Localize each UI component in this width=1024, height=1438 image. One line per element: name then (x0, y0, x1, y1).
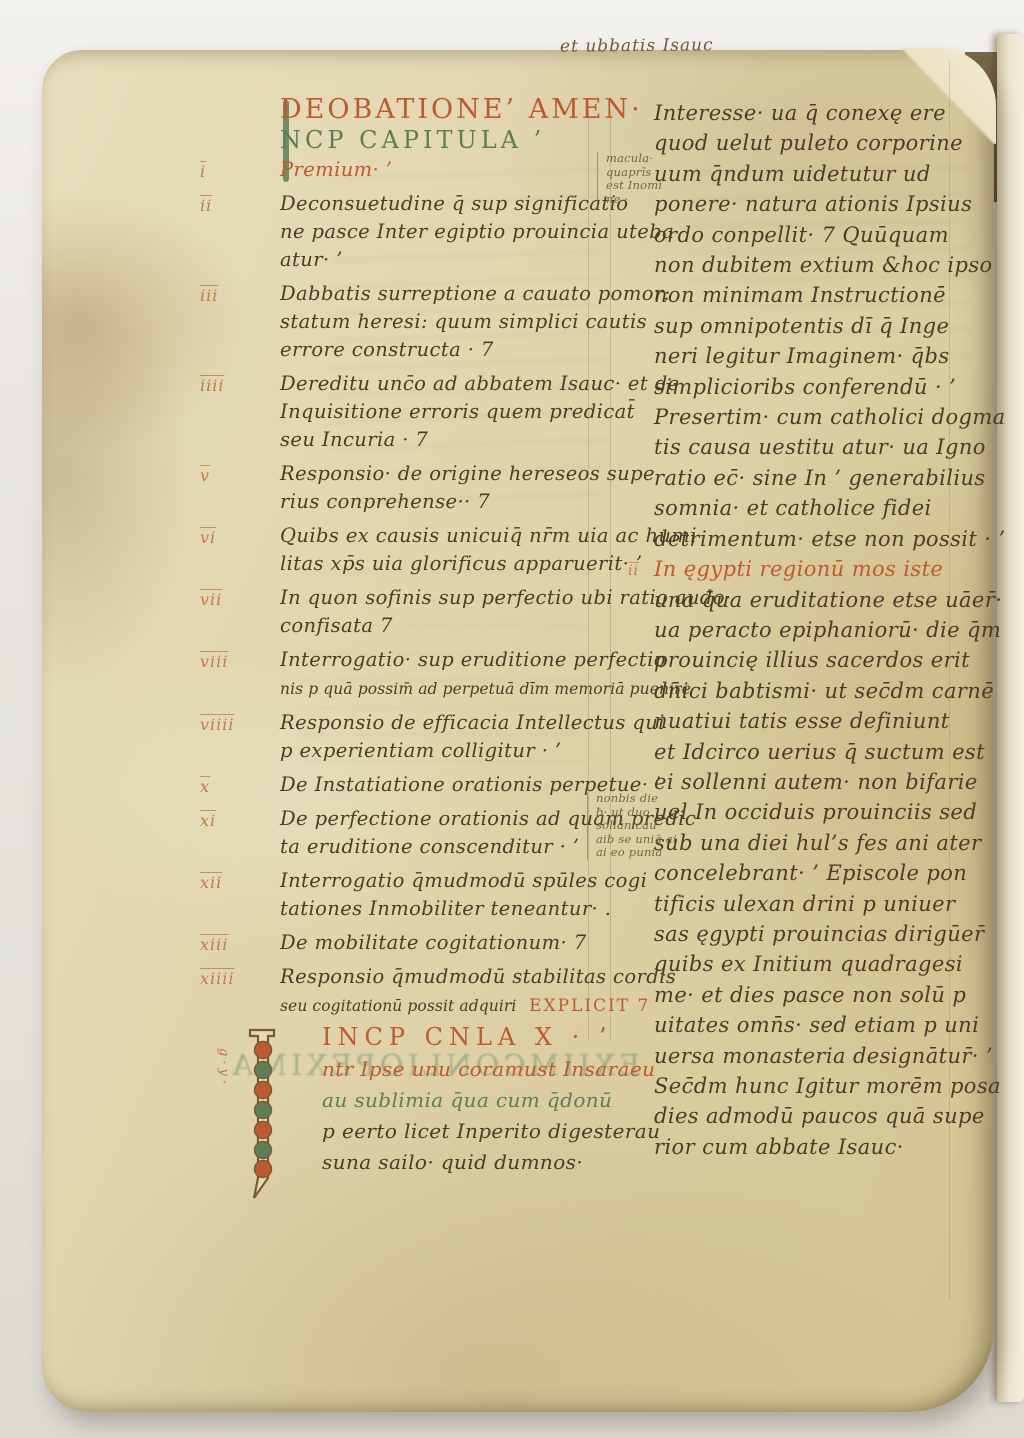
text-line: non dubitem extium &hoc ipso (654, 250, 1006, 280)
margin-gloss-upper: macula·quaprīsest Inomine · (606, 152, 676, 206)
gloss-line: est Inomi (606, 179, 676, 193)
line-text: detrimentum· etse non possit · ’ (654, 524, 1006, 554)
chapter-numeral: ii (200, 192, 272, 220)
line-text: sas ęgypti prouincias dirigūer̄ (654, 919, 984, 949)
line-text: simplicioribs conferendū · ’ (654, 372, 956, 402)
line-text: quibs ex Initium quadragesi (654, 949, 963, 979)
text-line: prouincię illius sacerdos erit (654, 645, 1006, 675)
line-text: Deconsuetudine q̄ sup significatio (280, 190, 628, 218)
line-text: et Idcirco uerius q̄ suctum est (654, 737, 985, 767)
text-line: rior cum abbate Isauc· (654, 1132, 1006, 1162)
text-line: ntr Ipse unu coramust Insaraeu (322, 1054, 652, 1085)
line-text: Quibs ex causis unicuiq̄ nr̄m uia ac hum… (280, 522, 697, 550)
text-line: errore constructa · 7 (280, 336, 626, 364)
chapter-numeral: xii (200, 869, 272, 897)
line-text: non minimam Instructionē (654, 280, 946, 310)
text-line: ordo conpellit· 7 Quūquam (654, 220, 1006, 250)
text-line: vii In quon sofinis sup perfectio ubi ra… (280, 584, 626, 612)
text-line: uersa monasteria designātur̄· ’ (654, 1041, 1006, 1071)
line-text: De mobilitate cogitationum· 7 (280, 929, 587, 957)
gloss-line: macula· (606, 152, 676, 166)
text-line: seu cogitationū possit adquiri EXPLICIT … (280, 991, 626, 1020)
gloss-line: ai eo punia (596, 846, 674, 860)
gloss-bracket (597, 152, 602, 206)
line-text: neri legitur Imaginem· q̄bs (654, 341, 950, 371)
text-line: quibs ex Initium quadragesi (654, 949, 1006, 979)
chapter-numeral: xiiii (200, 965, 272, 993)
text-line: detrimentum· etse non possit · ’ (654, 524, 1006, 554)
line-text: nuatiui tatis esse definiunt (654, 706, 950, 736)
line-text: quod uelut puleto corporine (654, 128, 963, 158)
text-line: sas ęgypti prouincias dirigūer̄ (654, 919, 1006, 949)
line-text: NCP CAPITULA ’ (280, 126, 545, 154)
chapter-numeral: viii (200, 648, 272, 676)
text-line: DEOBATIONE’ AMEN· (280, 96, 626, 126)
text-line: confisata 7 (280, 612, 626, 640)
text-line: nuatiui tatis esse definiunt (654, 706, 1006, 736)
text-line: vi Quibs ex causis unicuiq̄ nr̄m uia ac … (280, 522, 626, 550)
line-text: In ęgypti regionū mos iste (654, 554, 943, 584)
margin-pen-mark: g·y· (216, 1048, 231, 1088)
text-line: ua peracto epiphaniorū· die q̄m (654, 615, 1006, 645)
line-text: ratio ec̄· sine In ’ generabilius (654, 463, 986, 493)
text-line: Interesse· ua q̄ conexę ere (654, 98, 1006, 128)
line-text: Interrogatio q̄mudmodū spūles cogi (280, 867, 647, 895)
line-text: rius conprehense·· 7 (280, 488, 490, 516)
gloss-bracket (587, 792, 592, 860)
text-line: xi De perfectione orationis ad quam pred… (280, 805, 626, 833)
right-column-text: Interesse· ua q̄ conexę ere quod uelut p… (654, 98, 1006, 1162)
line-text: Inquisitione erroris quem predicat̄ (280, 398, 635, 426)
text-line: uum q̄ndum uidetutur ud (654, 159, 1006, 189)
text-line: tationes Inmobiliter teneantur· . (280, 895, 626, 923)
text-line: neri legitur Imaginem· q̄bs (654, 341, 1006, 371)
line-text: tis causa uestitu atur· ua Igno (654, 432, 986, 462)
text-line: xiii De mobilitate cogitationum· 7 (280, 929, 626, 957)
line-text: somnia· et catholice fidei (654, 493, 932, 523)
chapter-numeral: viiii (200, 711, 272, 739)
line-text: sup omnipotentis dī q̄ Inge (654, 311, 949, 341)
line-text: DEOBATIONE’ AMEN· (280, 96, 643, 124)
line-text: ponere· natura ationis Ipsius (654, 189, 972, 219)
line-text: Dabbatis surreptione a cauato pomor: (280, 280, 671, 308)
text-line: Inquisitione erroris quem predicat̄ (280, 398, 626, 426)
chapter-numeral: iii (200, 282, 272, 310)
line-text: suna sailo· quid dumnos· (322, 1147, 583, 1178)
text-line: atur· ’ (280, 246, 626, 274)
text-line: NCP CAPITULA ’ (280, 126, 626, 156)
line-text: non dubitem extium &hoc ipso (654, 250, 993, 280)
line-text: seu Incuria · 7 (280, 426, 428, 454)
text-line: uitates omn̄s· sed etiam p uni (654, 1010, 1006, 1040)
text-line: Presertim· cum catholici dogma (654, 402, 1006, 432)
line-text: ei sollenni autem· non bifarie (654, 767, 978, 797)
gloss-line: aib se uniq̄ ai (596, 833, 674, 847)
text-line: au sublimia q̄ua cum q̄donū (322, 1085, 652, 1116)
text-line: suna sailo· quid dumnos· (322, 1147, 652, 1178)
text-line: concelebrant· ’ Episcole pon (654, 858, 1006, 888)
text-line: INCP CNLA X · ’ (322, 1022, 652, 1054)
line-suffix: EXPLICIT 7 (529, 996, 650, 1016)
line-text: confisata 7 (280, 612, 393, 640)
chapter-numeral: v (200, 462, 272, 490)
line-text: prouincię illius sacerdos erit (654, 645, 970, 675)
line-text: ne pasce Inter egiptio prouincia uteba (280, 218, 674, 246)
line-text: p eerto licet Inperito digesterau (322, 1116, 660, 1147)
chapter-numeral: i (200, 158, 272, 186)
line-text: INCP CNLA X · ’ (322, 1022, 612, 1053)
running-header-note: et ubbatis Isauc (560, 35, 714, 56)
gloss-line: nonbis die (596, 792, 674, 806)
line-text: ordo conpellit· 7 Quūquam (654, 220, 949, 250)
line-text: errore constructa · 7 (280, 336, 494, 364)
text-line: seu Incuria · 7 (280, 426, 626, 454)
text-line: iiii Dereditu unc̄o ad abbatem Isauc· et… (280, 370, 626, 398)
text-line: litas xp̄s uia glorificus apparuerit· ’ (280, 550, 626, 578)
line-text: Interesse· ua q̄ conexę ere (654, 98, 946, 128)
gloss-line: ƀ· ut duo (596, 806, 674, 820)
text-line: v Responsio· de origine hereseos supe (280, 460, 626, 488)
line-text: atur· ’ (280, 246, 343, 274)
text-line: uel In occiduis prouinciis sed (654, 797, 1006, 827)
text-line: simplicioribs conferendū · ’ (654, 372, 1006, 402)
text-line: i Premium· ’ (280, 156, 626, 184)
gloss-line: sollānicau (596, 819, 674, 833)
line-text: seu cogitationū possit adquiri (280, 992, 516, 1020)
line-text: p experientiam colligitur · ’ (280, 737, 562, 765)
gloss-line: quaprīs (606, 166, 676, 180)
line-text: dies admodū paucos quā supe (654, 1101, 985, 1131)
text-line: x De Instatiatione orationis perpetue· ’ (280, 771, 626, 799)
line-text: sub una diei hul’s fes ani ater (654, 828, 981, 858)
line-text: litas xp̄s uia glorificus apparuerit· ’ (280, 550, 642, 578)
line-text: Responsio· de origine hereseos supe (280, 460, 655, 488)
margin-gloss-lower: nonbis dieƀ· ut duosollānicauaib se uniq… (596, 792, 674, 860)
line-text: Premium· ’ (280, 156, 392, 184)
chapter-numeral: iiii (200, 372, 272, 400)
text-line: ponere· natura ationis Ipsius (654, 189, 1006, 219)
line-text: Presertim· cum catholici dogma (654, 402, 1006, 432)
chapter-numeral: x (200, 773, 272, 801)
chapter-numeral: xi (200, 807, 272, 835)
line-text: Dereditu unc̄o ad abbatem Isauc· et de (280, 370, 680, 398)
text-line: viii Interrogatio· sup eruditione perfec… (280, 646, 626, 674)
text-line: p eerto licet Inperito digesterau (322, 1116, 652, 1147)
text-line: statum heresi: quum simplici cautis (280, 308, 626, 336)
text-line: ei sollenni autem· non bifarie (654, 767, 1006, 797)
line-text: uersa monasteria designātur̄· ’ (654, 1041, 993, 1071)
text-line: sup omnipotentis dī q̄ Inge (654, 311, 1006, 341)
text-line: me· et dies pasce non solū p (654, 980, 1006, 1010)
text-line: somnia· et catholice fidei (654, 493, 1006, 523)
line-text: ta eruditione conscenditur · ’ (280, 833, 579, 861)
text-line: dies admodū paucos quā supe (654, 1101, 1006, 1131)
text-line: ta eruditione conscenditur · ’ (280, 833, 626, 861)
text-line: rius conprehense·· 7 (280, 488, 626, 516)
text-line: iii Dabbatis surreptione a cauato pomor: (280, 280, 626, 308)
line-text: concelebrant· ’ Episcole pon (654, 858, 967, 888)
chapter-numeral: vii (200, 586, 272, 614)
line-text: ntr Ipse unu coramust Insaraeu (322, 1054, 655, 1085)
text-line: xiiii Responsio q̄mudmodū stabilitas cor… (280, 963, 626, 991)
line-text: Sec̄dm hunc Igitur morēm posa (654, 1071, 1001, 1101)
gloss-line: ne · (606, 193, 676, 207)
line-text: rior cum abbate Isauc· (654, 1132, 904, 1162)
line-text: una q̄ua eruditatione etse uāer̄· (654, 585, 1002, 615)
line-text: dn̄ici babtismi· ut sec̄dm carnē (654, 676, 994, 706)
line-text: me· et dies pasce non solū p (654, 980, 966, 1010)
line-text: tationes Inmobiliter teneantur· . (280, 895, 611, 923)
text-line: nis p quā possim̄ ad perpetuā dīm memori… (280, 674, 626, 703)
text-line: viiii Responsio de efficacia Intellectus… (280, 709, 626, 737)
text-line: ratio ec̄· sine In ’ generabilius (654, 463, 1006, 493)
text-line: p experientiam colligitur · ’ (280, 737, 626, 765)
line-text: au sublimia q̄ua cum q̄donū (322, 1085, 612, 1116)
text-line: sub una diei hul’s fes ani ater (654, 828, 1006, 858)
text-line: tificis ulexan drini p uniuer (654, 889, 1006, 919)
line-text: Responsio de efficacia Intellectus qui (280, 709, 665, 737)
text-line: et Idcirco uerius q̄ suctum est (654, 737, 1006, 767)
text-line: una q̄ua eruditatione etse uāer̄· (654, 585, 1006, 615)
text-line: dn̄ici babtismi· ut sec̄dm carnē (654, 676, 1006, 706)
text-line: non minimam Instructionē (654, 280, 1006, 310)
line-text: Interrogatio· sup eruditione perfectio (280, 646, 666, 674)
text-line: ii In ęgypti regionū mos iste (654, 554, 1006, 584)
line-text: uitates omn̄s· sed etiam p uni (654, 1010, 979, 1040)
line-text: statum heresi: quum simplici cautis (280, 308, 647, 336)
text-line: Sec̄dm hunc Igitur morēm posa (654, 1071, 1006, 1101)
text-line: quod uelut puleto corporine (654, 128, 1006, 158)
incipit-block: INCP CNLA X · ’ ntr Ipse unu coramust In… (322, 1022, 652, 1178)
line-text: uel In occiduis prouinciis sed (654, 797, 977, 827)
chapter-numeral: xiii (200, 931, 272, 959)
text-line: xii Interrogatio q̄mudmodū spūles cogi (280, 867, 626, 895)
line-text: Responsio q̄mudmodū stabilitas cordis (280, 963, 676, 991)
line-text: tificis ulexan drini p uniuer (654, 889, 955, 919)
line-text: nis p quā possim̄ ad perpetuā dīm memori… (280, 675, 691, 703)
chapter-numeral: ii (628, 556, 652, 586)
decorated-initial-I (244, 1028, 278, 1200)
text-line: ne pasce Inter egiptio prouincia uteba (280, 218, 626, 246)
chapter-numeral: vi (200, 524, 272, 552)
line-text: uum q̄ndum uidetutur ud (654, 159, 931, 189)
text-line: ii Deconsuetudine q̄ sup significatio (280, 190, 626, 218)
left-column-capitula: DEOBATIONE’ AMEN· NCP CAPITULA ’ i Premi… (280, 96, 626, 1020)
text-line: tis causa uestitu atur· ua Igno (654, 432, 1006, 462)
line-text: ua peracto epiphaniorū· die q̄m (654, 615, 1001, 645)
